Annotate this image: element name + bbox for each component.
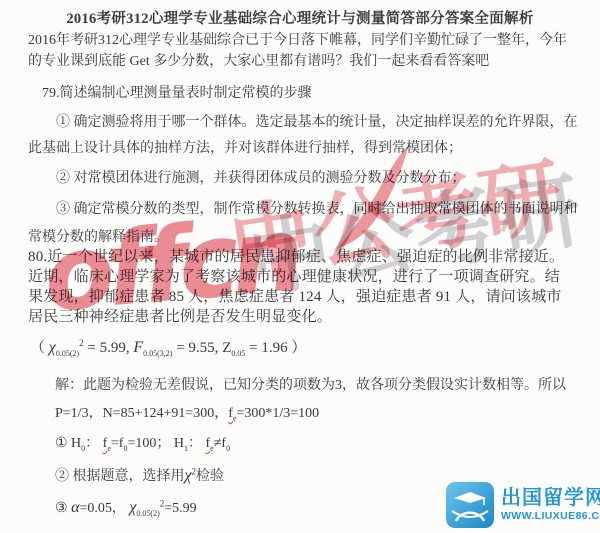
calc-post: =300*1/3=100 [237,406,320,421]
Z-subscript: 0.05 [231,349,245,358]
chi-test-line: ② 根据题意，选择用χ2检验 [55,466,224,486]
chi-subscript: 0.05(2) [136,509,159,518]
solution-intro: 解：此题为检验无差假说，已知分类的项数为3，故各项分类假设实计数相等。所以 [55,376,566,395]
site-name: 出国留学网 [501,488,600,508]
not-equal-f0: ≠f [214,436,226,451]
paren-open: （ [30,340,49,356]
calc-pre: P=1/3，N=85+124+91=300， [55,406,228,421]
scanned-document-page: 2016考研312心理学专业基础综合心理统计与测量简答部分答案全面解析 2016… [0,0,600,533]
watermark-flame-icon [330,144,410,248]
equals-100: =100； H [127,436,184,451]
chi-test-post: 检验 [196,469,224,484]
F-subscript: 0.05(3,2) [143,349,172,358]
h0-label: ① H [55,436,81,451]
q79-step3-line1: ③ 确定常模分数的类型，制作常模分数转换表，同时给出抽取常模团体的书面说明和 [56,200,578,219]
q80-line-1: 80.近一个世纪以来，某城市的居民患抑郁症、焦虑症、强迫症的比例非常接近。 [28,248,564,267]
graduation-cap-globe-icon [446,482,494,528]
chi-critical-value: =5.99 [164,501,196,516]
alpha-line: ③ α=0.05， χ0.05(2)2=5.99 [55,498,197,518]
q79-heading: 79.简述编制心理测量量表时制定常模的步骤 [42,84,312,103]
q79-step1-line1: ① 确定测验将用于哪一个群体。选定最基本的统计量，决定抽样误差的允许界限，在 [56,113,578,132]
chi-subscript: 0.05(2) [56,349,79,358]
site-url: WWW.LIUXUE86.COM [501,511,600,522]
chi-test-pre: ② 根据题意，选择用 [55,469,185,484]
q79-step3-line2: 常模分数的解释指南。 [28,228,168,247]
critical-values-line: （ χ0.05(2)2 = 5.99, F0.05(3,2) = 9.55, Z… [30,338,306,358]
f0-subscript: 0 [226,444,230,453]
doc-title: 2016考研312心理学专业基础综合心理统计与测量简答部分答案全面解析 [0,10,600,29]
F-value: = 9.55, [172,340,222,356]
Z-value: = 1.96 [245,340,287,356]
step3-number: ③ [55,501,71,516]
Z-symbol: Z [222,340,231,356]
q79-step2: ② 对常模团体进行施测，并获得团体成员的测验分数及分数分布； [56,169,466,188]
chi-symbol: χ [185,467,192,484]
paren-close: ） [288,340,307,356]
q79-step1-line2: 此基础上设计具体的抽样方法，并对该群体进行抽样，得到常模团体； [28,139,462,158]
F-symbol: F [133,339,143,356]
equals-f0: =f [111,436,124,451]
colon-2: ： [188,436,206,451]
chi-value: = 5.99, [84,340,134,356]
chi-symbol: χ [49,339,56,356]
colon-1: ： [85,436,103,451]
q80-line-4: 居民三种神经症患者比例是否发生明显变化。 [28,308,332,327]
q80-line-3: 果发现，抑郁症患者 85 人，焦虑症患者 124 人，强迫症患者 91 人，请问… [28,288,562,307]
q80-line-2: 近期，临床心理学家为了考察该城市的心理健康状况，进行了一项调查研究。结 [28,268,560,287]
solution-calc-line: P=1/3，N=85+124+91=300，fe=300*1/3=100 [55,404,319,423]
intro-line-1: 2016年考研312心理学专业基础综合已于今日落下帷幕，同学们辛勤忙碌了一整年，… [28,31,567,50]
alpha-value: =0.05， [79,501,129,516]
site-logo: 出国留学网 WWW.LIUXUE86.COM [446,482,600,528]
intro-line-2: 的专业课到底能 Get 多少分数，大家心里都有谱吗？我们一起来看看答案吧 [28,52,489,71]
hypothesis-line: ① H0： fe=f0=100； H1： fe≠f0 [55,434,230,453]
